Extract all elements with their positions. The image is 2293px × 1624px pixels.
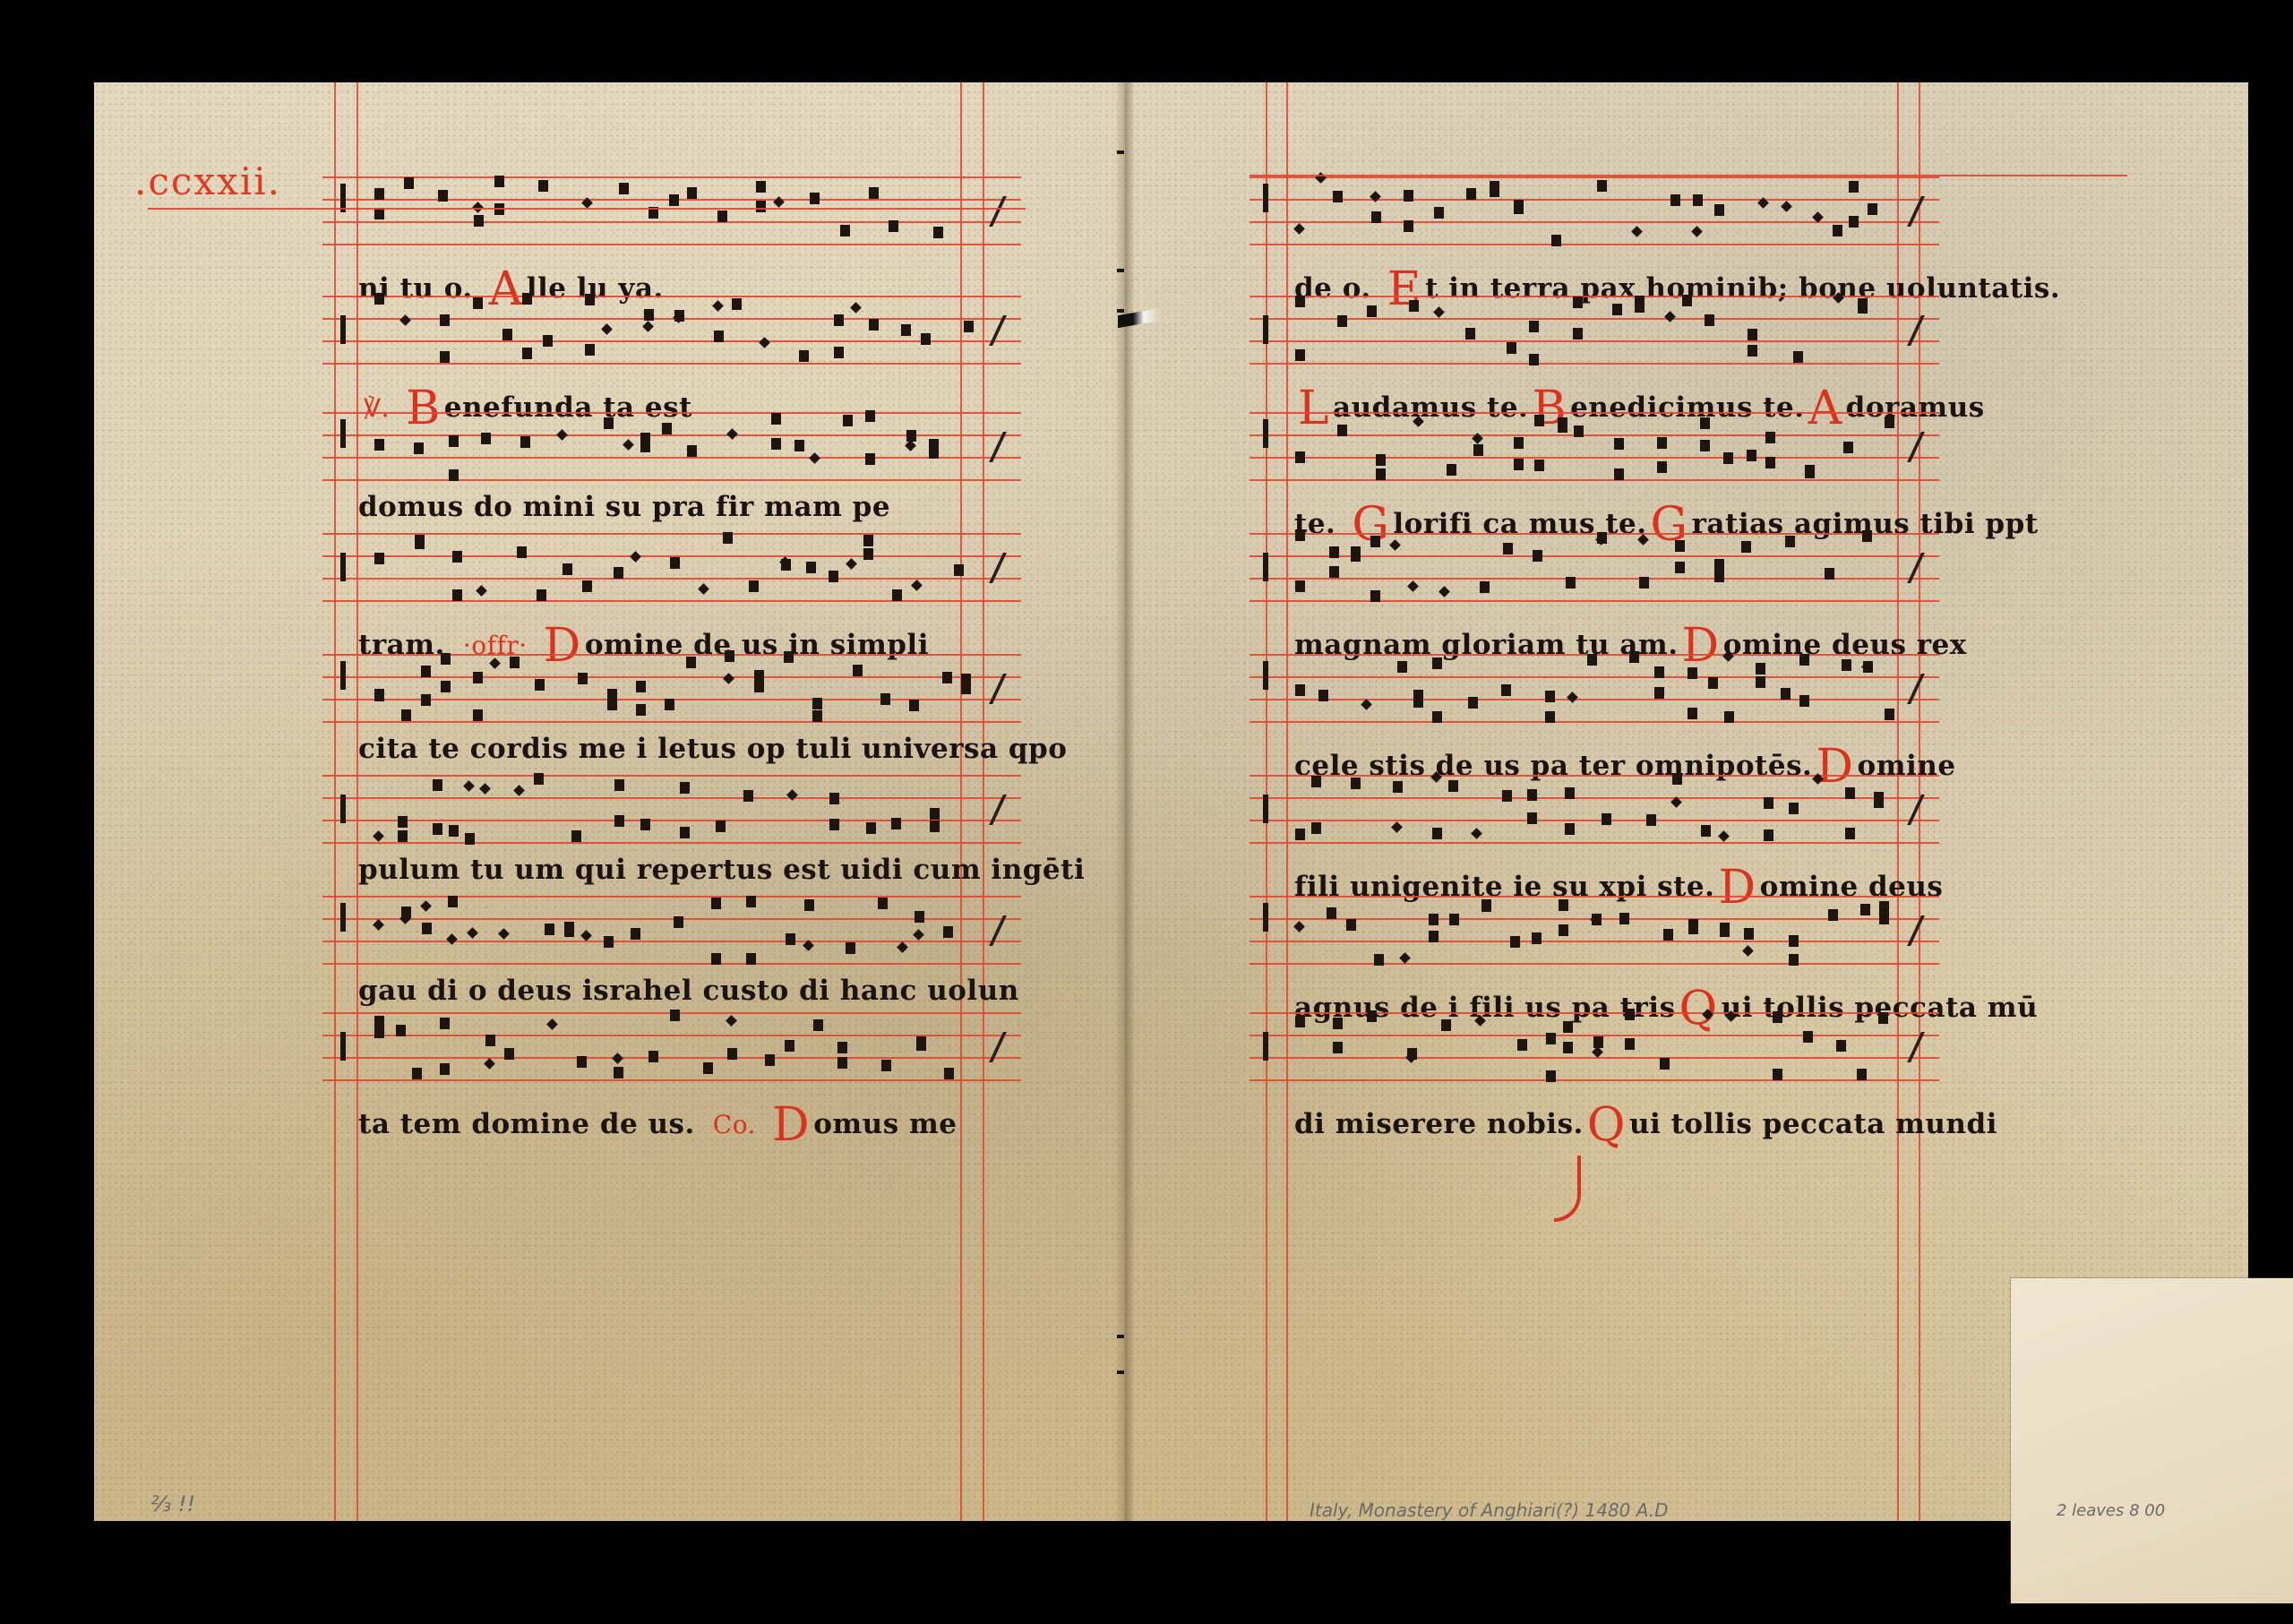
parchment-repair-patch [2011,1278,2293,1603]
staff-line [322,721,1021,723]
lyric-text: domus do mini su pra fir mam pe [358,491,890,523]
neume-note [1333,1042,1343,1053]
clef-icon [1263,903,1274,932]
neume-note [1660,1058,1670,1070]
neume-note [1672,773,1682,785]
neume-note [640,433,650,444]
neume-note [564,922,574,933]
neume-note [1878,1012,1888,1024]
neume-note [1587,654,1597,666]
neume-note [1629,651,1639,663]
neume-note [929,447,939,459]
neume-note [743,790,753,802]
neume-note [1429,931,1438,942]
neume-note [732,298,742,310]
staff-line [322,1079,1021,1081]
neume-note [648,1051,658,1062]
neume-note [834,314,844,326]
neume-note [1714,559,1724,571]
neume-note [1756,663,1765,675]
music-staff [1250,533,1939,605]
neume-note [866,822,876,834]
neume-note [582,580,592,592]
neume-note [930,808,940,820]
neume-note [1845,787,1855,799]
neume-note [933,227,943,238]
neume-note [543,335,553,347]
neume-note [401,709,411,721]
neume-note [804,899,814,911]
neume-note [1449,914,1459,925]
neume-note [1720,923,1730,934]
neume-note [1714,204,1724,216]
neume-note [1700,417,1710,429]
neume-note [473,709,483,721]
neume-note [374,1027,384,1038]
neume-note [1404,220,1413,232]
neume-note [1546,1070,1556,1082]
staff-line [1250,363,1939,365]
neume-note [1756,676,1765,688]
neume-note [517,546,527,558]
neume-note [1793,351,1803,363]
neume-note [1407,1048,1417,1060]
lyric-text: ui tollis peccata mundi [1629,1108,1997,1140]
neume-note [670,1010,680,1021]
neume-note [412,1068,422,1079]
neume-note [1705,314,1714,326]
neume-note [494,176,504,187]
staff-line [322,296,1021,297]
neume-note [1879,901,1889,913]
neume-note [909,700,919,711]
neume-note [421,666,431,677]
neume-note [1639,577,1649,589]
neume-note [1803,1031,1813,1043]
neume-note [687,187,697,199]
neume-note [1874,792,1884,803]
clef-icon [1263,795,1274,823]
neume-note [1573,296,1583,308]
neume-note [686,657,696,668]
neume-note [614,815,624,827]
staff-line [1250,963,1939,965]
music-staff [322,176,1021,248]
neume-note [374,293,384,305]
neume-note [1351,550,1361,562]
neume-note [1337,425,1347,436]
neume-note [1333,191,1343,202]
staff-line [322,434,1021,436]
neume-note [880,693,890,705]
neume-note [756,201,766,212]
neume-note [1619,913,1629,924]
neume-note [644,309,654,321]
lyric-text: ta tem domine de us. [358,1108,695,1140]
neume-note [1565,787,1575,799]
neume-note [1857,1069,1867,1080]
neume-note [1311,776,1321,787]
neume-note [1675,562,1685,573]
neume-note [1723,452,1733,464]
neume-note [1833,225,1842,236]
neume-note [1295,580,1305,592]
neume-note [1529,321,1539,332]
neume-note [1597,180,1607,192]
staff-line [322,221,1021,223]
music-staff [1250,896,1939,967]
neume-note [1625,1038,1635,1050]
neume-note [1799,654,1809,666]
neume-note [865,453,875,465]
neume-note [1563,1021,1573,1033]
neume-note [711,898,721,909]
neume-note [716,821,726,832]
neume-note [746,953,756,965]
neume-note [674,310,684,322]
neume-note [421,694,431,706]
neume-note [1346,919,1356,931]
neume-note [1432,711,1442,723]
neume-note [1789,803,1799,814]
neume-note [502,329,512,340]
neume-note [1635,301,1645,313]
folio-baseline [148,208,1026,210]
neume-note [1688,919,1698,931]
neume-note [1597,532,1607,544]
neume-note [1559,899,1568,911]
neume-note [680,827,690,838]
neume-note [1764,829,1773,841]
neume-note [1559,924,1568,936]
neume-note [1657,461,1667,473]
neume-note [440,1018,450,1029]
neume-note [1318,690,1328,701]
neume-note [1533,550,1542,562]
neume-note [1566,577,1576,589]
neume-note [1468,697,1478,709]
neume-note [374,1016,384,1027]
neume-note [670,557,680,569]
neume-note [754,681,764,692]
neume-note [806,562,816,573]
neume-note [1507,342,1516,354]
neume-note [1447,464,1456,476]
neume-note [1614,468,1624,480]
neume-note [1612,304,1622,315]
neume-note [812,710,822,722]
neume-note [1514,459,1524,470]
neume-note [1765,457,1775,468]
neume-note [422,923,432,934]
neume-note [1657,437,1667,449]
neume-note [1295,684,1305,696]
neume-note [1502,790,1512,802]
staff-line [1250,434,1939,436]
neume-note [1748,329,1757,340]
neume-note [604,417,614,429]
staff-line [322,775,1021,777]
neume-note [881,1060,891,1071]
neume-note [1295,296,1305,307]
neume-note [829,793,839,804]
neume-note [619,183,629,194]
neume-note [1432,828,1442,839]
staff-line [1250,721,1939,723]
neume-note [473,672,483,683]
neume-note [1376,468,1386,480]
clef-icon [1263,1032,1274,1061]
neume-note [465,833,475,845]
neume-note [1885,709,1894,720]
neume-note [1747,450,1756,461]
music-staff [1250,176,1939,248]
lyric-line: di miserere nobis.Qui tollis peccata mun… [1294,1091,1997,1145]
neume-note [1654,687,1664,699]
neume-note [794,440,804,451]
neume-note [1602,813,1611,825]
staff-line [1250,412,1939,414]
staff-line [1250,533,1939,535]
neume-note [1614,438,1624,450]
neume-note [449,435,459,447]
neume-note [510,657,520,668]
neume-note [1527,812,1537,824]
neume-note [942,672,952,683]
neume-note [1545,711,1555,723]
clef-icon [340,315,351,344]
neume-note [711,953,721,965]
neume-note [1836,1040,1846,1052]
neume-note [1805,467,1815,478]
rubricated-initial: Q [1587,1098,1626,1152]
staff-line [1250,176,1939,178]
neume-note [636,704,646,716]
neume-note [414,443,424,454]
neume-note [1481,899,1491,911]
neume-note [636,681,646,692]
neume-note [687,445,697,457]
neume-note [1682,295,1692,306]
neume-note [1744,928,1754,940]
music-staff [1250,296,1939,367]
neume-note [717,211,727,222]
neume-note [1534,415,1544,426]
lyric-line: cita te cordis me i letus op tuli univer… [358,733,1067,765]
neume-note [374,188,384,200]
neume-note [813,1019,823,1031]
neume-note [669,194,679,206]
neume-note [662,423,672,434]
neume-note [1843,442,1853,453]
neume-note [786,933,795,945]
neume-note [485,1035,495,1046]
pencil-note-provenance: Italy, Monastery of Anghiari(?) 1480 A.D [1310,1499,1669,1521]
neume-note [481,433,491,444]
neume-note [640,819,650,830]
neume-note [915,911,924,923]
neume-note [1371,211,1381,223]
neume-note [404,177,414,189]
staff-line [1250,221,1939,223]
neume-note [1351,778,1361,789]
staff-line [1250,318,1939,320]
folio-number: .ccxxii. [134,159,281,203]
binding-stitch [1117,1371,1124,1374]
staff-line [322,412,1021,414]
neume-note [1501,684,1511,696]
neume-note [810,193,820,204]
neume-note [577,1056,587,1068]
neume-note [440,351,450,363]
neume-note [1842,659,1851,671]
neume-note [1397,661,1407,673]
neume-note [452,589,462,601]
neume-note [771,413,781,425]
neume-note [1592,914,1602,925]
neume-note [1688,667,1697,679]
neume-note [398,830,408,842]
music-staff [322,533,1021,605]
neume-note [1376,454,1386,466]
staff-line [322,457,1021,459]
staff-line [322,363,1021,365]
neume-note [1789,954,1799,966]
neume-note [1741,541,1751,553]
neume-note [1781,688,1791,700]
staff-line [1250,600,1939,602]
neume-note [452,551,462,563]
neume-note [878,898,888,909]
staff-line [322,820,1021,821]
neume-note [1785,536,1795,547]
neume-note [964,321,974,332]
neume-note [863,535,873,546]
neume-note [1828,909,1838,921]
rubric-label: Co. [713,1110,756,1139]
neume-note [954,564,964,576]
clef-icon [1263,184,1274,212]
staff-line [322,318,1021,320]
neume-note [520,436,530,448]
neume-note [1367,1010,1377,1022]
neume-note [1799,695,1809,707]
neume-note [441,681,451,692]
neume-note [1860,904,1870,915]
neume-note [829,571,838,582]
neume-note [1863,661,1873,673]
neume-note [943,926,953,938]
neume-note [1546,1033,1556,1044]
neume-note [892,589,902,601]
clef-icon [340,661,351,690]
neume-note [1693,194,1703,206]
staff-line [322,600,1021,602]
neume-note [1434,207,1444,219]
neume-note [1367,305,1377,317]
neume-note [448,896,458,907]
neume-note [607,689,617,700]
neume-note [441,653,451,665]
neume-note [1374,954,1384,966]
neume-note [1879,913,1889,924]
neume-note [449,469,459,481]
clef-icon [340,795,351,823]
neume-note [504,1048,514,1060]
neume-note [614,1067,623,1078]
neume-note [631,928,640,940]
neume-note [863,548,873,560]
neume-note [765,1054,775,1066]
neume-note [1849,216,1859,228]
lyric-line: domus do mini su pra fir mam pe [358,491,890,523]
neume-note [1764,797,1773,809]
neume-note [1558,421,1567,433]
neume-note [1534,460,1544,471]
staff-line [322,1057,1021,1059]
neume-note [614,779,624,791]
neume-note [1327,907,1336,919]
clef-icon [1263,315,1274,344]
neume-note [433,779,442,791]
neume-note [415,537,425,549]
neume-note [438,190,448,202]
neume-note [473,297,483,309]
neume-note [906,430,916,442]
lyric-text: omus me [813,1108,957,1140]
neume-note [853,665,863,676]
neume-note [781,559,791,571]
neume-note [727,1048,737,1060]
neume-note [944,1068,954,1079]
neume-note [1448,780,1458,792]
neume-note [522,293,532,305]
neume-note [1724,711,1734,723]
neume-note [578,673,588,684]
music-staff [322,412,1021,484]
staff-line [1250,1057,1939,1059]
neume-note [1748,345,1757,357]
neume-note [396,1025,406,1036]
neume-note [1765,432,1775,443]
neume-note [703,1062,713,1074]
neume-note [1858,302,1868,314]
neume-note [1295,349,1305,361]
staff-line [322,896,1021,898]
neume-note [1404,190,1413,202]
pencil-note-price: 2 leaves 8 00 [2057,1501,2165,1520]
staff-line [1250,896,1939,898]
staff-line [1250,797,1939,799]
neume-note [901,324,911,336]
staff-line [322,533,1021,535]
music-staff [322,654,1021,726]
staff-line [1250,676,1939,678]
clef-icon [1263,661,1274,690]
neume-note [1849,181,1859,193]
neume-note [1490,185,1499,197]
neume-note [1517,1039,1527,1051]
neume-note [921,333,931,345]
neume-note [725,650,734,662]
lyric-line: gau di o deus israhel custo di hanc uolu… [358,975,1019,1007]
neume-note [474,215,484,227]
clef-icon [340,419,351,448]
staff-line [1250,1012,1939,1014]
neume-note [1441,1019,1451,1031]
binding-stitch [1117,309,1124,313]
neume-note [746,896,756,907]
